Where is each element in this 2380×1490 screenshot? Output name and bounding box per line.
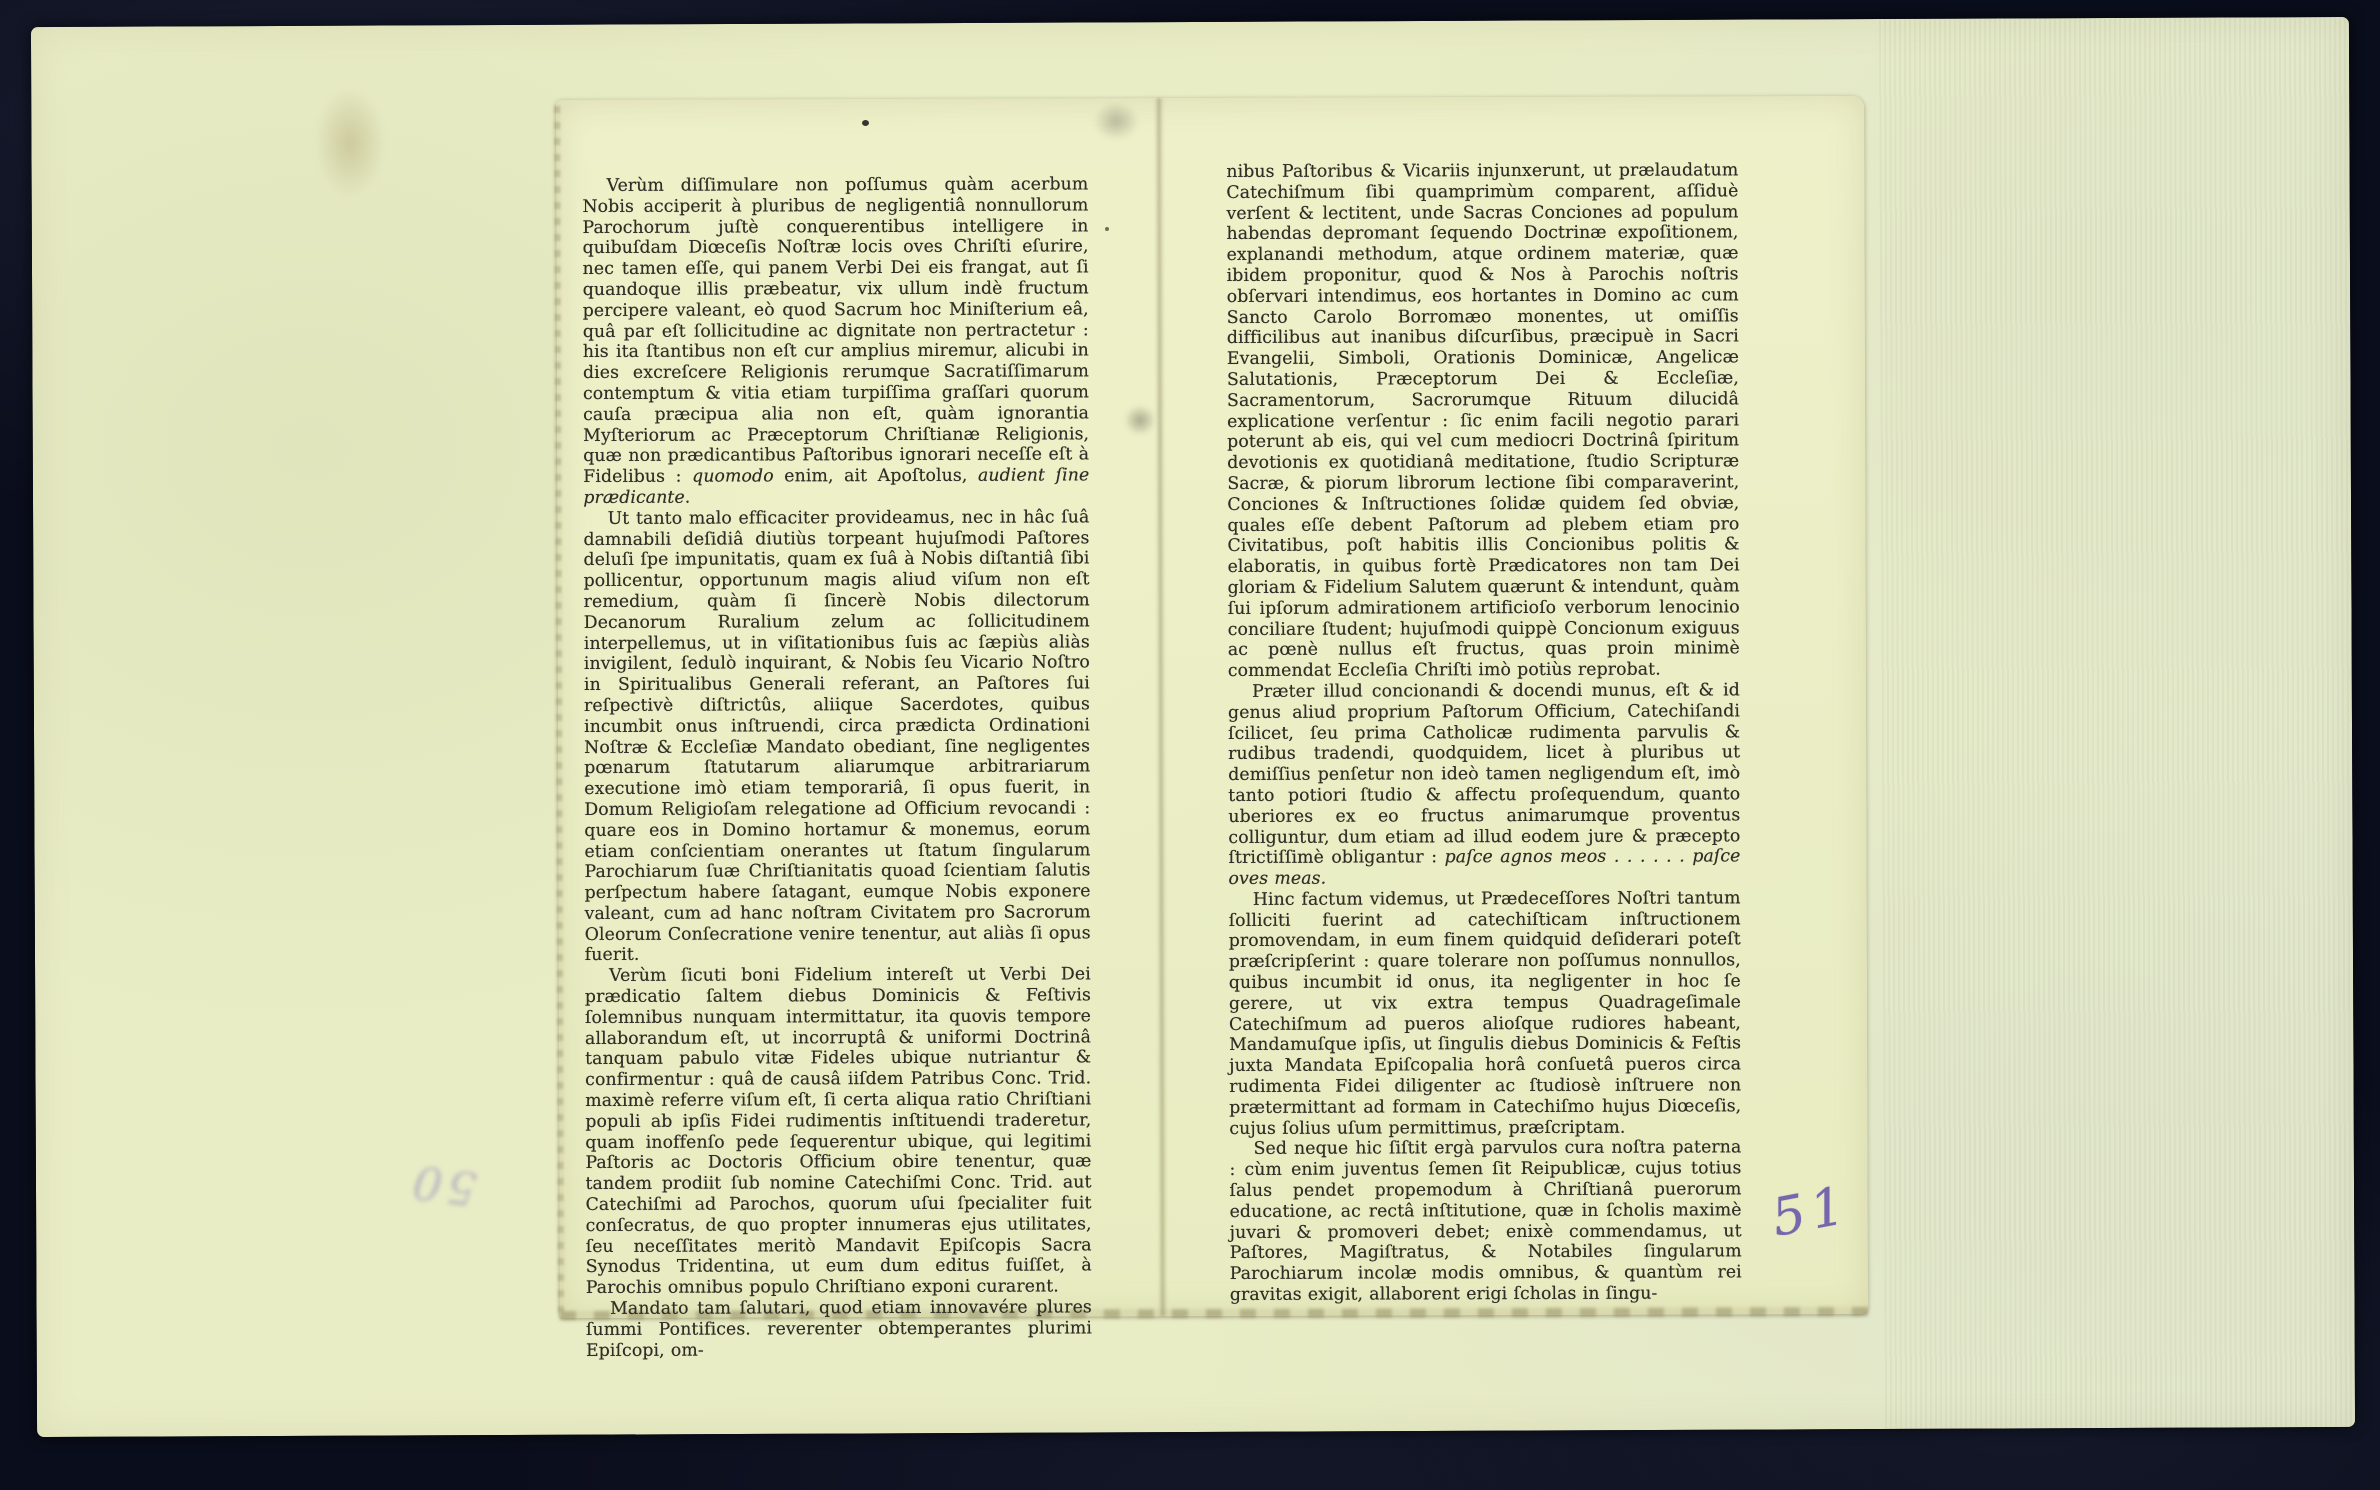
body-text: Ut tanto malo efficaciter provideamus, n…	[583, 507, 1090, 965]
body-text: Sed neque hic ſiſtit ergà parvulos cura …	[1229, 1138, 1741, 1305]
body-text: Verùm diſſimulare non poſſumus quàm acer…	[582, 174, 1089, 487]
paragraph: Sed neque hic ſiſtit ergà parvulos cura …	[1229, 1138, 1742, 1306]
document-leaf: Verùm diſſimulare non poſſumus quàm acer…	[556, 96, 1868, 1318]
body-text: .	[685, 488, 691, 508]
paragraph: Hinc factum videmus, ut Prædeceſſores No…	[1229, 888, 1742, 1139]
paragraph: nibus Paſtoribus & Vicariis injunxerunt,…	[1226, 160, 1740, 682]
body-text: enim, ait Apoſtolus,	[774, 466, 978, 487]
body-text: Præter illud concionandi & docendi munus…	[1228, 680, 1740, 868]
paragraph: Mandato tam ſalutari, quod etiam innovav…	[586, 1297, 1092, 1361]
paragraph: Verùm ſicuti boni Fidelium intereſt ut V…	[585, 965, 1092, 1299]
paragraph: Verùm diſſimulare non poſſumus quàm acer…	[582, 174, 1089, 508]
paper-ribbing-texture	[1879, 17, 2355, 1429]
ink-speck	[862, 120, 869, 126]
scan-background: Verùm diſſimulare non poſſumus quàm acer…	[0, 0, 2380, 1490]
body-text: Mandato tam ſalutari, quod etiam innovav…	[586, 1297, 1092, 1360]
paragraph: Præter illud concionandi & docendi munus…	[1228, 680, 1741, 890]
page-right: nibus Paſtoribus & Vicariis injunxerunt,…	[1168, 96, 1868, 1316]
body-text: Verùm ſicuti boni Fidelium intereſt ut V…	[585, 965, 1092, 1299]
body-text: Hinc factum videmus, ut Prædeceſſores No…	[1229, 888, 1742, 1138]
ink-speck	[1105, 227, 1109, 231]
body-text: nibus Paſtoribus & Vicariis injunxerunt,…	[1226, 160, 1740, 681]
italic-quotation: quomodo	[692, 467, 774, 487]
page-left-text-column: Verùm diſſimulare non poſſumus quàm acer…	[582, 174, 1092, 1361]
handwritten-showthrough-number: 50	[405, 1154, 480, 1216]
paper-stain	[315, 88, 385, 198]
page-right-text-column: nibus Paſtoribus & Vicariis injunxerunt,…	[1226, 160, 1742, 1305]
page-left: Verùm diſſimulare non poſſumus quàm acer…	[556, 98, 1162, 1318]
paragraph: Ut tanto malo efficaciter provideamus, n…	[583, 507, 1090, 966]
